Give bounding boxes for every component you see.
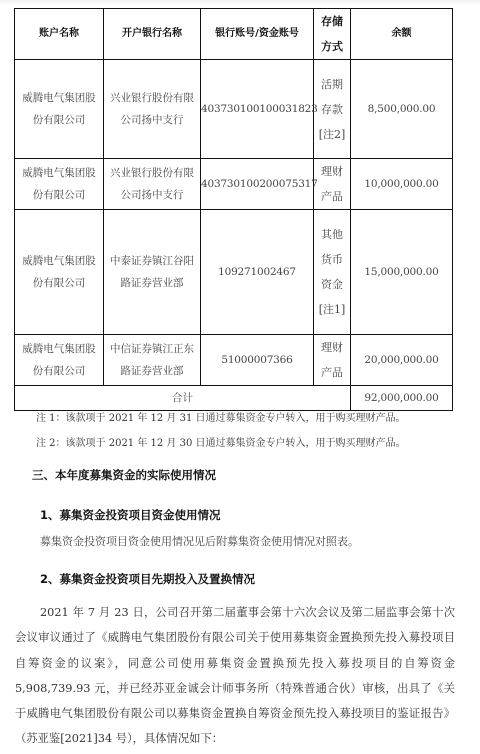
cell-storage-method: 其他货币资金[注1]: [314, 210, 351, 335]
table-header-row: 账户名称 开户银行名称 银行账号/资金账号 存储方式 余额: [15, 9, 453, 60]
note-1: 注 1：该款项于 2021 年 12 月 31 日通过募集资金专户转入，用于购买…: [36, 409, 406, 424]
cell-balance: 10,000,000.00: [351, 159, 453, 210]
table-row: 威腾电气集团股份有限公司 兴业银行股份有限公司扬中支行 403730100100…: [15, 60, 453, 159]
cell-account-number: 403730100200075317: [201, 159, 314, 210]
header-account-number: 银行账号/资金账号: [201, 9, 314, 60]
table-row: 威腾电气集团股份有限公司 中信证券镇江正东路证券营业部 51000007366 …: [15, 335, 453, 386]
page-top-shade: [0, 0, 480, 6]
note-2: 注 2：该款项于 2021 年 12 月 30 日通过募集资金专户转入，用于购买…: [36, 434, 406, 449]
cell-bank: 中泰证券镇江谷阳路证券营业部: [104, 210, 201, 335]
header-storage-method: 存储方式: [314, 9, 351, 60]
cell-bank: 兴业银行股份有限公司扬中支行: [104, 159, 201, 210]
cell-account-number: 403730100100031823: [201, 60, 314, 159]
total-label: 合计: [15, 386, 351, 411]
fund-accounts-table: 账户名称 开户银行名称 银行账号/资金账号 存储方式 余额 威腾电气集团股份有限…: [14, 8, 453, 411]
cell-account-name: 威腾电气集团股份有限公司: [15, 210, 104, 335]
cell-balance: 20,000,000.00: [351, 335, 453, 386]
section-3-title: 三、本年度募集资金的实际使用情况: [32, 467, 216, 483]
cell-storage-method: 理财产品: [314, 159, 351, 210]
cell-account-number: 109271002467: [201, 210, 314, 335]
cell-account-name: 威腾电气集团股份有限公司: [15, 60, 104, 159]
header-balance: 余额: [351, 9, 453, 60]
total-value: 92,000,000.00: [351, 386, 453, 411]
table-total-row: 合计 92,000,000.00: [15, 386, 453, 411]
cell-account-number: 51000007366: [201, 335, 314, 386]
cell-balance: 8,500,000.00: [351, 60, 453, 159]
cell-storage-method: 活期存款[注2]: [314, 60, 351, 159]
cell-account-name: 威腾电气集团股份有限公司: [15, 335, 104, 386]
header-account-name: 账户名称: [15, 9, 104, 60]
subsection-1-title: 1、募集资金投资项目资金使用情况: [40, 507, 221, 523]
cell-account-name: 威腾电气集团股份有限公司: [15, 159, 104, 210]
cell-balance: 15,000,000.00: [351, 210, 453, 335]
subsection-2-text: 2021 年 7 月 23 日，公司召开第二届董事会第十六次会议及第二届监事会第…: [15, 600, 455, 752]
header-bank-name: 开户银行名称: [104, 9, 201, 60]
cell-bank: 中信证券镇江正东路证券营业部: [104, 335, 201, 386]
table-row: 威腾电气集团股份有限公司 兴业银行股份有限公司扬中支行 403730100200…: [15, 159, 453, 210]
cell-bank: 兴业银行股份有限公司扬中支行: [104, 60, 201, 159]
subsection-1-text: 募集资金投资项目资金使用情况见后附募集资金使用情况对照表。: [40, 533, 359, 549]
cell-storage-method: 理财产品: [314, 335, 351, 386]
subsection-2-title: 2、募集资金投资项目先期投入及置换情况: [40, 571, 255, 587]
table-row: 威腾电气集团股份有限公司 中泰证券镇江谷阳路证券营业部 109271002467…: [15, 210, 453, 335]
